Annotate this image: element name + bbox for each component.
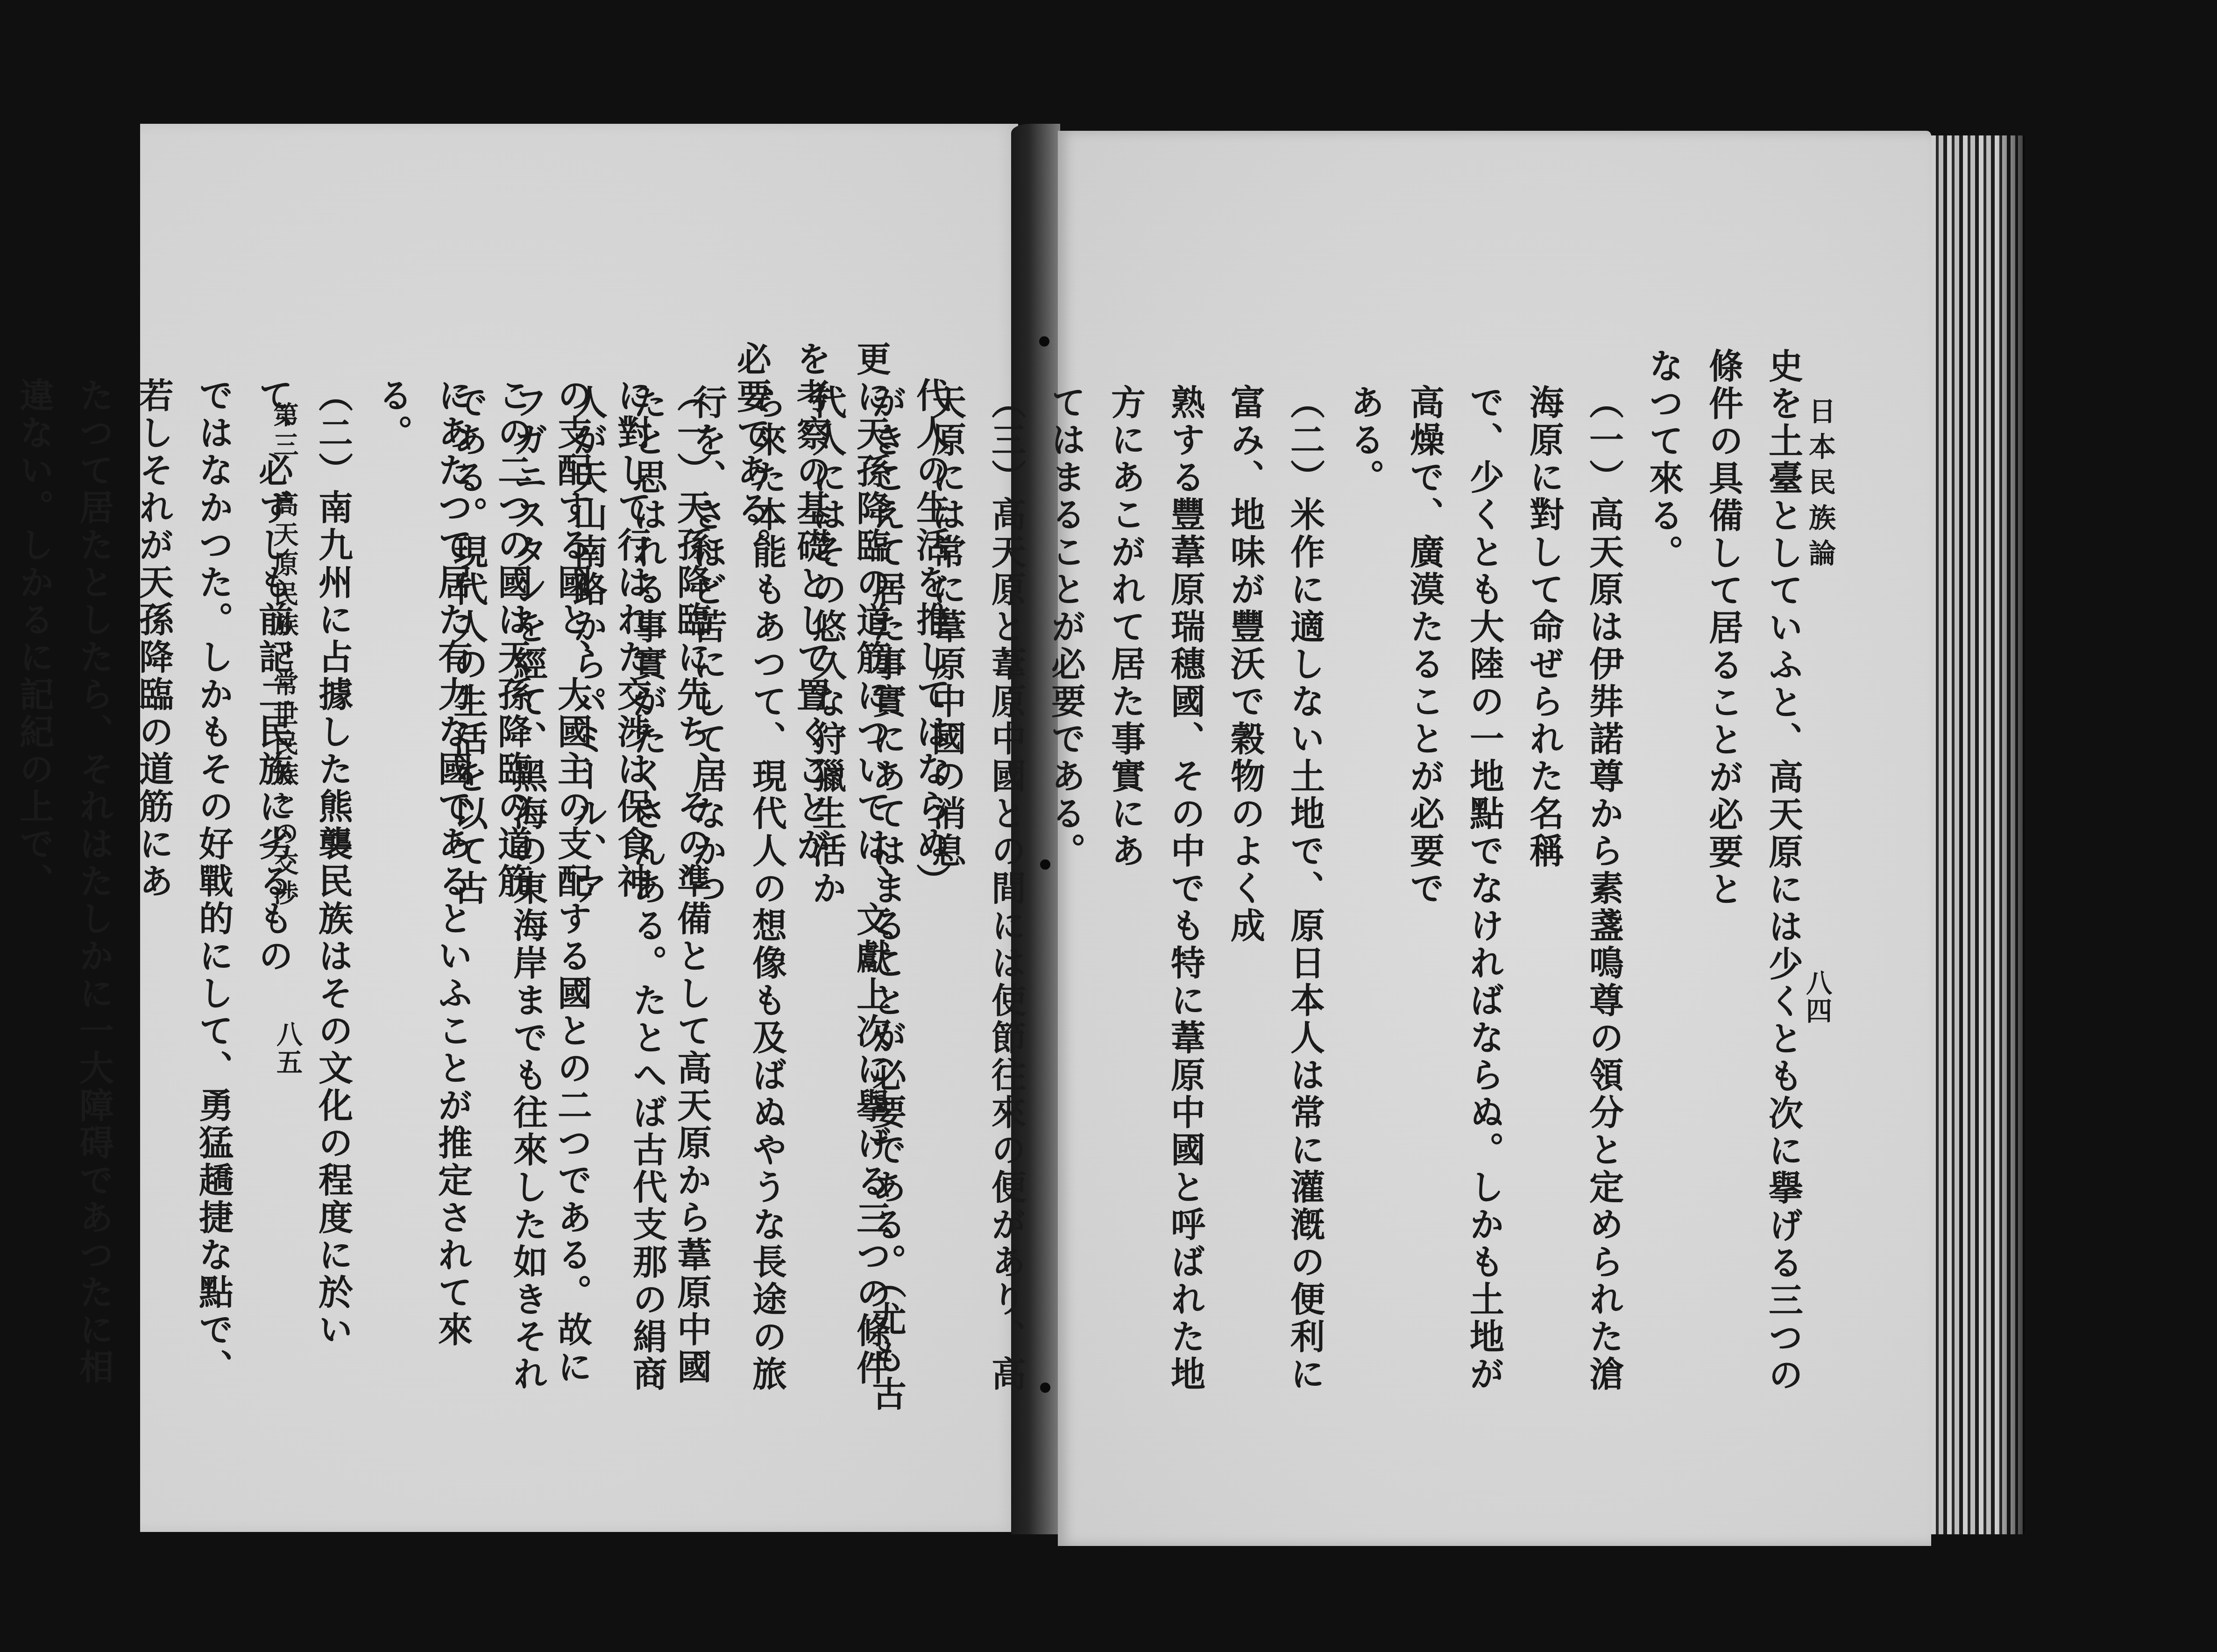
right-text-column: ある。 xyxy=(1335,348,1395,1422)
page-stack-edge xyxy=(1931,135,2025,1534)
right-text-column: 史を土臺としていふと、高天原には少くとも次に擧げる三つの條件の具備して居ることが… xyxy=(1693,348,1813,1422)
left-text-column: たつて居たとしたら、それはたしかに一大障碍であつたに相違ない。しかるに記紀の上で… xyxy=(4,341,124,1415)
left-text-column: 必要である。 xyxy=(722,341,781,1415)
right-text-column: 熟する豐葦原瑞穗國、その中でも特に葦原中國と呼ばれた地方にあこがれて居た事實にあ xyxy=(1096,348,1215,1422)
left-text-column: 更に天孫降臨の道筋については、文獻上次に擧げる三つの條件を考察の基礎として置くこ… xyxy=(781,341,901,1415)
right-text-column: （一）高天原は伊弉諾尊から素盞鳴尊の領分と定められた滄海原に對して命ぜられた名稱 xyxy=(1514,348,1634,1422)
left-text-column: 高天原からこの民種に對し一回の交渉も行はれて居ないところを見ると、この民族の占據… xyxy=(0,341,4,1415)
binding-hole xyxy=(1039,336,1049,347)
right-text-column: （二）米作に適しない土地で、原日本人は常に灌漑の便利に富み、地味が豐沃で穀物のよ… xyxy=(1215,348,1335,1422)
right-text-column: で、少くとも大陸の一地點でなければならぬ。しかも土地が高燥で、廣漠たることが必要… xyxy=(1395,348,1514,1422)
right-text-column: なつて來る。 xyxy=(1634,348,1693,1422)
left-text-column: にあたつて居た有力な國であるといふことが推定されて來る。 xyxy=(363,341,482,1415)
left-text-column: （二）南九州に占據した熊襲民族はその文化の程度に於いて、必ずしも前記二民族に劣る… xyxy=(243,341,363,1415)
left-text-column: ではなかつた。しかもその好戰的にして、勇猛趫捷な點で、若しそれが天孫降臨の道筋に… xyxy=(124,341,243,1415)
left-page-body-text: 代人の生活を推してはならぬ）更に天孫降臨の道筋については、文獻上次に擧げる三つの… xyxy=(0,341,961,1415)
left-text-column: の支配する國と、大國主の支配する國との二つである。故にこの二つの國は天孫降臨の道… xyxy=(482,341,602,1415)
edge-shadow xyxy=(1997,135,2025,1534)
right-text-column: てはまることが必要である。 xyxy=(1036,348,1096,1422)
left-text-column: 代人の生活を推してはならぬ） xyxy=(901,341,961,1415)
left-text-column: （一）天孫降臨に先ち、その準備として高天原から葦原中國に對して行はれた交渉は保食… xyxy=(602,341,722,1415)
book-spread-scan: 日本民族論 八四 史を土臺としていふと、高天原には少くとも次に擧げる三つの條件の… xyxy=(0,0,2217,1652)
